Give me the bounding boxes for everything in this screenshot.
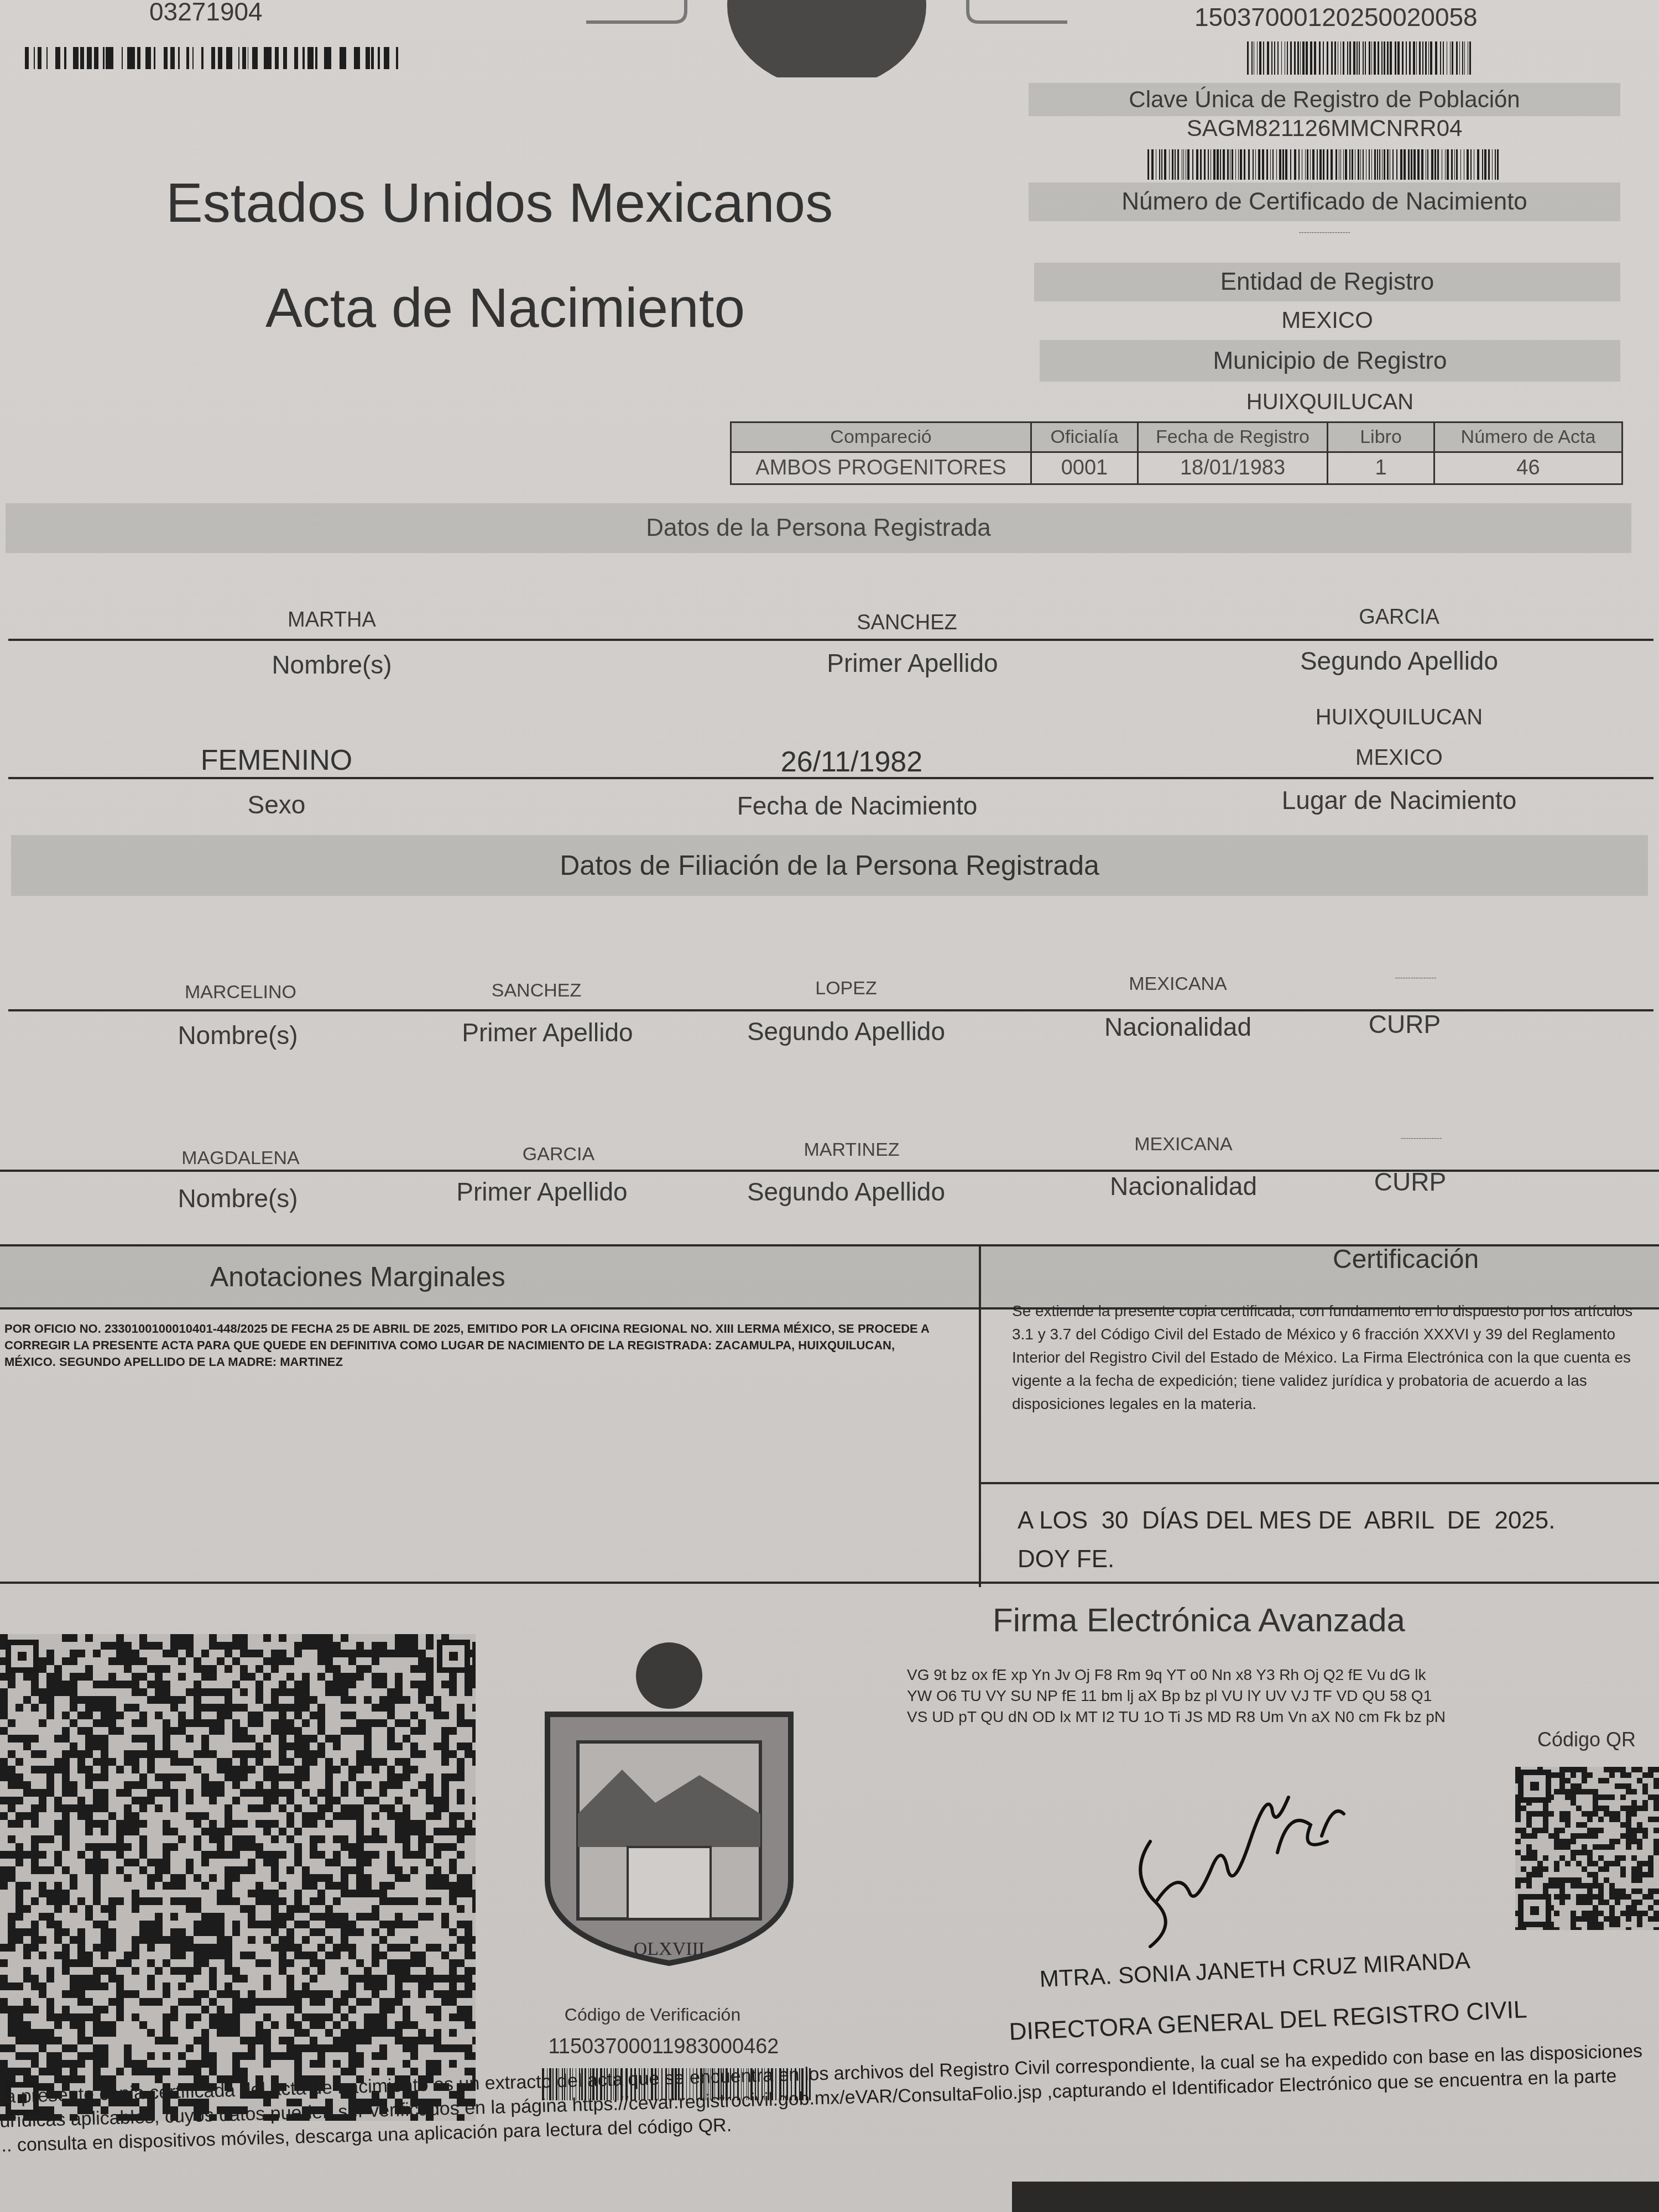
cell-libro: 1 bbox=[1328, 452, 1434, 484]
father-first-surname: SANCHEZ bbox=[453, 980, 619, 1001]
divider bbox=[981, 1482, 1659, 1484]
cell-fecha-registro: 18/01/1983 bbox=[1138, 452, 1328, 484]
curp-value: SAGM821126MMCNRR04 bbox=[1029, 115, 1620, 142]
signature-qr-code bbox=[1515, 1767, 1659, 1930]
folio-right-barcode bbox=[1247, 41, 1474, 75]
filiation-section-title: Datos de Filiación de la Persona Registr… bbox=[11, 835, 1648, 896]
column-libro: Libro bbox=[1328, 422, 1434, 452]
cell-numero-acta: 46 bbox=[1434, 452, 1623, 484]
handwritten-signature-icon bbox=[1117, 1775, 1394, 1952]
birth-date-label: Fecha de Nacimiento bbox=[713, 791, 1001, 821]
column-comparecio: Compareció bbox=[731, 422, 1031, 452]
first-surname-label: Primer Apellido bbox=[774, 648, 1051, 678]
signer-name: MTRA. SONIA JANETH CRUZ MIRANDA bbox=[1039, 1947, 1471, 1992]
cell-oficialia: 0001 bbox=[1031, 452, 1138, 484]
birth-place-label: Lugar de Nacimiento bbox=[1244, 785, 1554, 815]
national-seal-ornament-icon bbox=[509, 0, 1145, 77]
father-nationality-label: Nacionalidad bbox=[1067, 1012, 1288, 1042]
registry-entity-label: Entidad de Registro bbox=[1034, 263, 1620, 301]
registry-entity-value: MEXICO bbox=[1034, 307, 1620, 333]
signature-line: VS UD pT QU dN OD lx MT I2 TU 1O Ti JS M… bbox=[907, 1707, 1446, 1728]
mother-second-surname: MARTINEZ bbox=[763, 1139, 940, 1161]
security-border-band bbox=[1012, 2182, 1659, 2212]
registry-table: Compareció Oficialía Fecha de Registro L… bbox=[730, 421, 1623, 485]
father-given-names-label: Nombre(s) bbox=[127, 1020, 348, 1050]
country-title: Estados Unidos Mexicanos bbox=[166, 171, 833, 235]
curp-barcode bbox=[1147, 149, 1501, 180]
registered-person-section-title: Datos de la Persona Registrada bbox=[6, 503, 1631, 553]
registered-sex: FEMENINO bbox=[166, 744, 387, 777]
column-fecha-registro: Fecha de Registro bbox=[1138, 422, 1328, 452]
birth-place-state: MEXICO bbox=[1288, 745, 1510, 770]
certification-date: A LOS 30 DÍAS DEL MES DE ABRIL DE 2025. bbox=[1018, 1507, 1556, 1535]
annotations-line: CORREGIR LA PRESENTE ACTA PARA QUE QUEDE… bbox=[4, 1337, 978, 1354]
column-oficialia: Oficialía bbox=[1031, 422, 1138, 452]
verification-code-label: Código de Verificación bbox=[514, 2005, 791, 2025]
certification-text: Se extiende la presente copia certificad… bbox=[1012, 1300, 1653, 1416]
verification-code-value: 115037000119830004​62 bbox=[514, 2035, 813, 2059]
father-second-surname-label: Segundo Apellido bbox=[719, 1016, 973, 1046]
divider bbox=[0, 1582, 1659, 1584]
birth-certificate-page: 03271904 150370001202500200​58 Estados U… bbox=[0, 0, 1659, 2212]
state-coat-of-arms-icon: OLXVIII bbox=[531, 1631, 807, 1969]
registry-table-row: AMBOS PROGENITORES 0001 18/01/1983 1 46 bbox=[731, 452, 1623, 484]
certification-attest: DOY FE. bbox=[1018, 1546, 1114, 1573]
verification-qr-code bbox=[0, 1634, 476, 2121]
certificate-number-label: Número de Certificado de Nacimiento bbox=[1029, 182, 1620, 221]
svg-text:OLXVIII: OLXVIII bbox=[634, 1939, 705, 1959]
registry-municipality-value: HUIXQUILUCAN bbox=[1040, 390, 1620, 415]
mother-first-surname: GARCIA bbox=[476, 1144, 641, 1165]
curp-label: Clave Única de Registro de Población bbox=[1029, 83, 1620, 116]
father-first-surname-label: Primer Apellido bbox=[431, 1018, 664, 1047]
annotations-line: POR OFICIO NO. 2330100100010401-448/2025… bbox=[4, 1321, 978, 1337]
divider bbox=[8, 777, 1653, 779]
certificate-number-value: -------------------- bbox=[1029, 228, 1620, 237]
qr-code-label: Código QR bbox=[1537, 1728, 1636, 1751]
registry-table-header: Compareció Oficialía Fecha de Registro L… bbox=[731, 422, 1623, 452]
father-curp-label: CURP bbox=[1349, 1009, 1460, 1039]
father-given-names: MARCELINO bbox=[138, 982, 343, 1003]
folio-right: 150370001202500200​58 bbox=[1194, 2, 1478, 32]
divider bbox=[8, 639, 1653, 641]
annotations-line: MÉXICO. SEGUNDO APELLIDO DE LA MADRE: MA… bbox=[4, 1354, 978, 1370]
registered-second-surname: GARCIA bbox=[1288, 606, 1510, 629]
cell-comparecio: AMBOS PROGENITORES bbox=[731, 452, 1031, 484]
father-curp: ---------------- bbox=[1355, 973, 1477, 982]
document-title: Acta de Nacimiento bbox=[265, 276, 745, 340]
mother-nationality: MEXICANA bbox=[1100, 1134, 1266, 1155]
registry-municipality-label: Municipio de Registro bbox=[1040, 340, 1620, 382]
given-names-label: Nombre(s) bbox=[210, 650, 453, 680]
column-numero-acta: Número de Acta bbox=[1434, 422, 1623, 452]
mother-curp: ---------------- bbox=[1360, 1134, 1482, 1142]
registered-birth-date: 26/11/1982 bbox=[741, 745, 962, 779]
mother-nationality-label: Nacionalidad bbox=[1073, 1171, 1294, 1201]
signer-title: DIRECTORA GENERAL DEL REGISTRO CIVIL bbox=[1009, 1996, 1528, 2046]
annotations-title: Anotaciones Marginales bbox=[210, 1261, 505, 1293]
folio-left: 03271904 bbox=[149, 0, 263, 27]
signature-line: VG 9t bz ox fE xp Yn Jv Oj F8 Rm 9q YT o… bbox=[907, 1665, 1446, 1686]
second-surname-label: Segundo Apellido bbox=[1255, 646, 1543, 676]
father-nationality: MEXICANA bbox=[1095, 973, 1261, 995]
registered-first-surname: SANCHEZ bbox=[796, 611, 1018, 635]
mother-curp-label: CURP bbox=[1355, 1167, 1465, 1197]
annotations-text: POR OFICIO NO. 2330100100010401-448/2025… bbox=[4, 1321, 978, 1370]
sex-label: Sexo bbox=[166, 790, 387, 820]
mother-first-surname-label: Primer Apellido bbox=[426, 1177, 658, 1207]
birth-place-municipality: HUIXQUILUCAN bbox=[1255, 705, 1543, 730]
certification-header-band bbox=[981, 1246, 1659, 1307]
father-second-surname: LOPEZ bbox=[763, 978, 929, 999]
mother-second-surname-label: Segundo Apellido bbox=[719, 1177, 973, 1207]
mother-given-names-label: Nombre(s) bbox=[127, 1183, 348, 1213]
registered-given-names: MARTHA bbox=[221, 608, 442, 632]
signature-line: YW O6 TU VY SU NP fE 11 bm lj aX Bp bz p… bbox=[907, 1686, 1446, 1707]
mother-given-names: MAGDALENA bbox=[138, 1147, 343, 1169]
folio-left-barcode bbox=[25, 47, 406, 69]
certification-title: Certificación bbox=[1333, 1244, 1479, 1275]
signature-title: Firma Electrónica Avanzada bbox=[993, 1601, 1405, 1639]
electronic-signature-string: VG 9t bz ox fE xp Yn Jv Oj F8 Rm 9q YT o… bbox=[907, 1665, 1446, 1728]
